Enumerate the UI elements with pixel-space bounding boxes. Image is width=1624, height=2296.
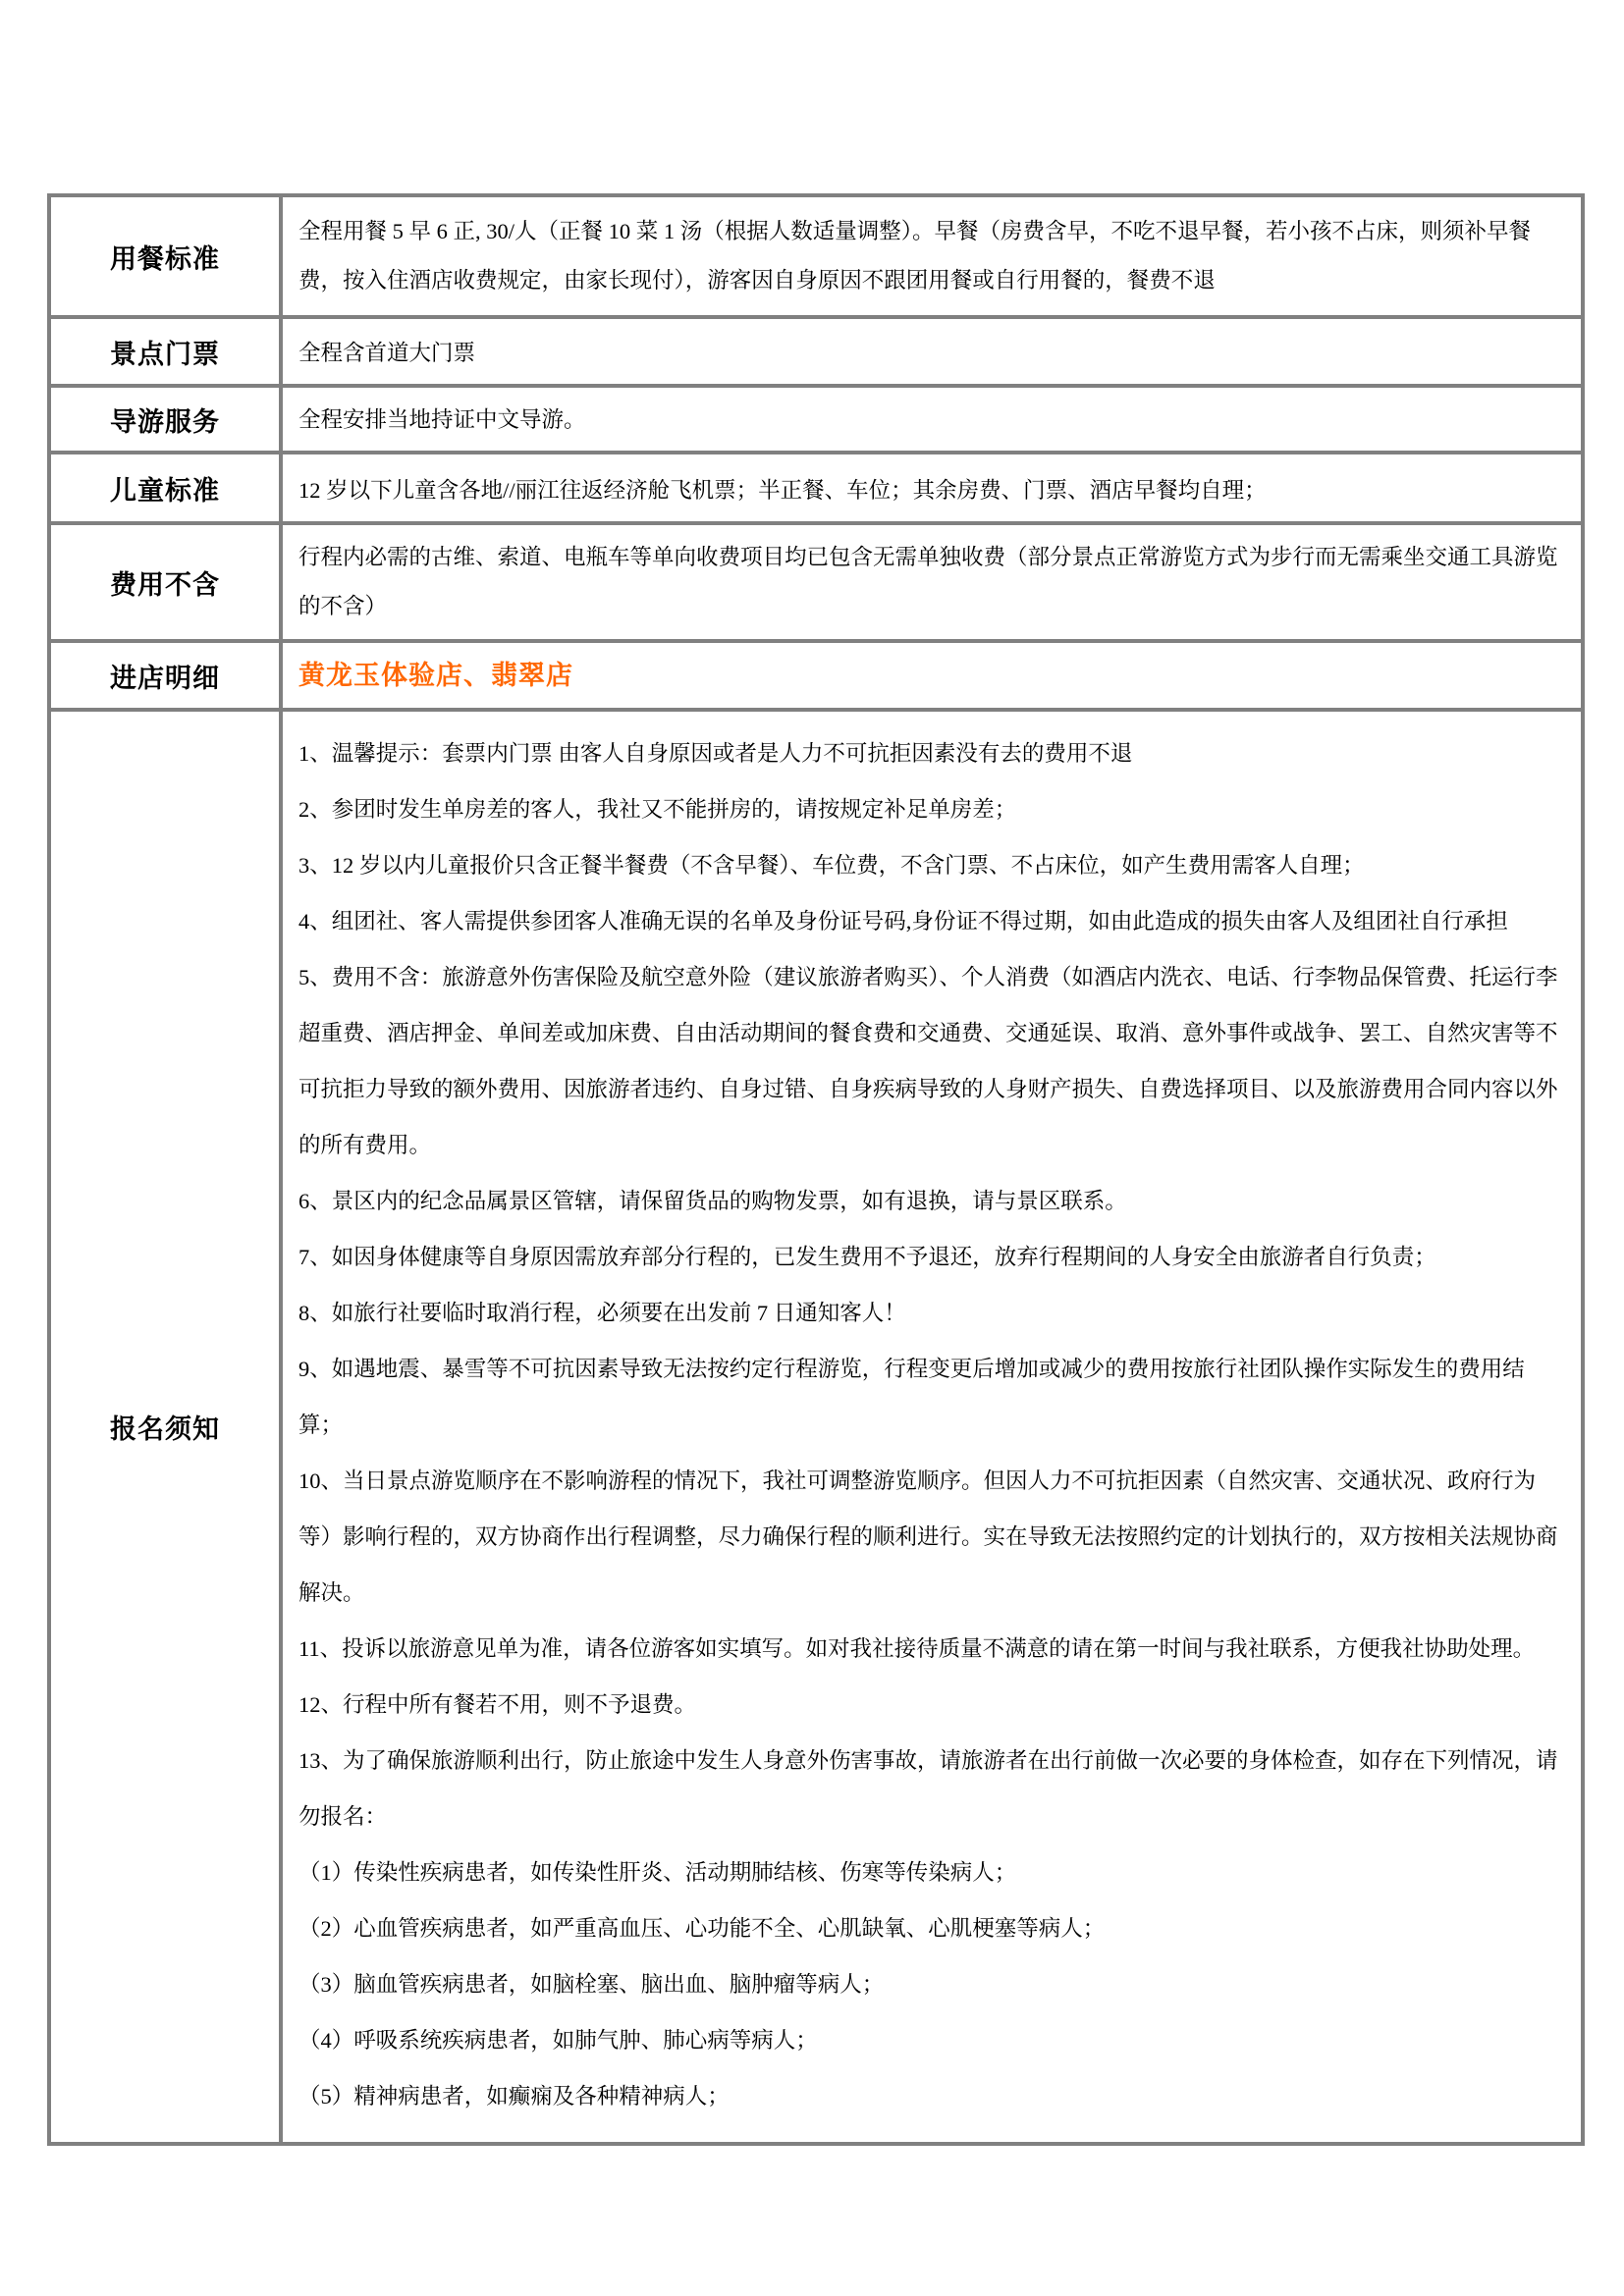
row-content-meal: 全程用餐 5 早 6 正, 30/人（正餐 10 菜 1 汤（根据人数适量调整）… [281,195,1583,317]
notice-item-16: （3）脑血管疾病患者，如脑栓塞、脑出血、脑肿瘤等病人； [298,1956,1561,2012]
notice-item-1: 1、温馨提示：套票内门票 由客人自身原因或者是人力不可抗拒因素没有去的费用不退 [298,725,1561,781]
notice-item-6: 6、景区内的纪念品属景区管辖，请保留货品的购物发票，如有退换，请与景区联系。 [298,1173,1561,1229]
itinerary-terms-table: 用餐标准 全程用餐 5 早 6 正, 30/人（正餐 10 菜 1 汤（根据人数… [47,193,1585,2146]
row-content-exclude: 行程内必需的古维、索道、电瓶车等单向收费项目均已包含无需单独收费（部分景点正常游… [281,523,1583,641]
table-row-exclude: 费用不含 行程内必需的古维、索道、电瓶车等单向收费项目均已包含无需单独收费（部分… [49,523,1583,641]
row-label-meal: 用餐标准 [49,195,281,317]
notice-item-10: 10、当日景点游览顺序在不影响游程的情况下，我社可调整游览顺序。但因人力不可抗拒… [298,1453,1561,1621]
row-label-shop: 进店明细 [49,641,281,710]
row-content-ticket: 全程含首道大门票 [281,317,1583,386]
table-row-guide: 导游服务 全程安排当地持证中文导游。 [49,386,1583,453]
row-content-guide: 全程安排当地持证中文导游。 [281,386,1583,453]
notice-item-9: 9、如遇地震、暴雪等不可抗因素导致无法按约定行程游览，行程变更后增加或减少的费用… [298,1341,1561,1453]
notice-item-8: 8、如旅行社要临时取消行程，必须要在出发前 7 日通知客人！ [298,1285,1561,1341]
notice-item-15: （2）心血管疾病患者，如严重高血压、心功能不全、心肌缺氧、心肌梗塞等病人； [298,1900,1561,1956]
notice-item-17: （4）呼吸系统疾病患者，如肺气肿、肺心病等病人； [298,2012,1561,2068]
table-row-ticket: 景点门票 全程含首道大门票 [49,317,1583,386]
notice-item-13: 13、为了确保旅游顺利出行，防止旅途中发生人身意外伤害事故，请旅游者在出行前做一… [298,1733,1561,1844]
table-row-shop: 进店明细 黄龙玉体验店、翡翠店 [49,641,1583,710]
row-label-child: 儿童标准 [49,453,281,523]
row-label-guide: 导游服务 [49,386,281,453]
row-label-notice: 报名须知 [49,710,281,2144]
table-row-notice: 报名须知 1、温馨提示：套票内门票 由客人自身原因或者是人力不可抗拒因素没有去的… [49,710,1583,2144]
row-content-notice: 1、温馨提示：套票内门票 由客人自身原因或者是人力不可抗拒因素没有去的费用不退 … [281,710,1583,2144]
notice-item-14: （1）传染性疾病患者，如传染性肝炎、活动期肺结核、伤寒等传染病人； [298,1844,1561,1900]
row-content-child: 12 岁以下儿童含各地//丽江往返经济舱飞机票；半正餐、车位；其余房费、门票、酒… [281,453,1583,523]
row-label-ticket: 景点门票 [49,317,281,386]
notice-item-12: 12、行程中所有餐若不用，则不予退费。 [298,1677,1561,1733]
table-row-meal: 用餐标准 全程用餐 5 早 6 正, 30/人（正餐 10 菜 1 汤（根据人数… [49,195,1583,317]
table-row-child: 儿童标准 12 岁以下儿童含各地//丽江往返经济舱飞机票；半正餐、车位；其余房费… [49,453,1583,523]
notice-item-11: 11、投诉以旅游意见单为准，请各位游客如实填写。如对我社接待质量不满意的请在第一… [298,1621,1561,1677]
row-content-shop-highlight: 黄龙玉体验店、翡翠店 [281,641,1583,710]
notice-item-2: 2、参团时发生单房差的客人，我社又不能拼房的，请按规定补足单房差； [298,781,1561,837]
notice-item-5: 5、费用不含：旅游意外伤害保险及航空意外险（建议旅游者购买）、个人消费（如酒店内… [298,949,1561,1173]
notice-item-7: 7、如因身体健康等自身原因需放弃部分行程的，已发生费用不予退还，放弃行程期间的人… [298,1229,1561,1285]
notice-item-3: 3、12 岁以内儿童报价只含正餐半餐费（不含早餐）、车位费，不含门票、不占床位，… [298,837,1561,893]
row-label-exclude: 费用不含 [49,523,281,641]
notice-item-18: （5）精神病患者，如癫痫及各种精神病人； [298,2068,1561,2124]
notice-item-4: 4、组团社、客人需提供参团客人准确无误的名单及身份证号码,身份证不得过期，如由此… [298,893,1561,949]
